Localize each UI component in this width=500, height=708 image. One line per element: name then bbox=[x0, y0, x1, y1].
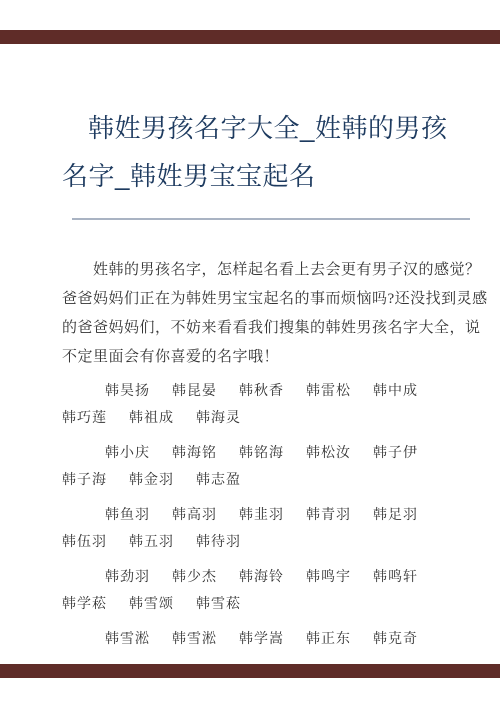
name-item: 韩少杰 bbox=[172, 570, 217, 585]
name-row: 韩学菘韩雪颂韩雪菘 bbox=[62, 591, 500, 618]
name-item: 韩鱼羽 bbox=[105, 508, 150, 523]
name-item: 韩子伊 bbox=[373, 446, 418, 461]
name-item: 韩青羽 bbox=[306, 508, 351, 523]
title-divider bbox=[72, 218, 470, 220]
name-item: 韩正东 bbox=[306, 632, 351, 647]
name-item: 韩学菘 bbox=[62, 597, 107, 612]
name-item: 韩巧莲 bbox=[62, 411, 107, 426]
name-row: 韩巧莲韩祖成韩海灵 bbox=[62, 405, 500, 432]
page-title: 韩姓男孩名字大全_姓韩的男孩 名字_韩姓男宝宝起名 bbox=[62, 104, 500, 200]
name-item: 韩足羽 bbox=[373, 508, 418, 523]
name-list: 韩昊扬韩昆晏韩秋香韩雷松韩中成韩巧莲韩祖成韩海灵韩小庆韩海铭韩铭海韩松汝韩子伊韩… bbox=[62, 378, 500, 653]
name-item: 韩克奇 bbox=[373, 632, 418, 647]
page-content: 韩姓男孩名字大全_姓韩的男孩 名字_韩姓男宝宝起名 姓韩的男孩名字，怎样起名看上… bbox=[0, 0, 500, 661]
bottom-accent-bar bbox=[0, 664, 500, 678]
intro-line: 不定里面会有你喜爱的名字哦！ bbox=[62, 343, 500, 372]
name-item: 韩海铃 bbox=[239, 570, 284, 585]
name-row: 韩伍羽韩五羽韩待羽 bbox=[62, 529, 500, 556]
name-item: 韩海铭 bbox=[172, 446, 217, 461]
name-item: 韩昊扬 bbox=[105, 384, 150, 399]
name-item: 韩松汝 bbox=[306, 446, 351, 461]
name-item: 韩五羽 bbox=[129, 535, 174, 550]
name-row: 韩雪淞韩雪淞韩学嵩韩正东韩克奇 bbox=[62, 626, 500, 653]
name-item: 韩昆晏 bbox=[172, 384, 217, 399]
name-group: 韩昊扬韩昆晏韩秋香韩雷松韩中成韩巧莲韩祖成韩海灵 bbox=[62, 378, 500, 432]
name-item: 韩海灵 bbox=[196, 411, 241, 426]
name-item: 韩中成 bbox=[373, 384, 418, 399]
name-item: 韩鸣轩 bbox=[373, 570, 418, 585]
name-group: 韩小庆韩海铭韩铭海韩松汝韩子伊韩子海韩金羽韩志盈 bbox=[62, 440, 500, 494]
name-item: 韩小庆 bbox=[105, 446, 150, 461]
name-item: 韩雪淞 bbox=[105, 632, 150, 647]
name-item: 韩劲羽 bbox=[105, 570, 150, 585]
name-item: 韩鸣宇 bbox=[306, 570, 351, 585]
name-group: 韩雪淞韩雪淞韩学嵩韩正东韩克奇 bbox=[62, 626, 500, 653]
name-row: 韩鱼羽韩高羽韩韭羽韩青羽韩足羽 bbox=[62, 502, 500, 529]
page-title-line-1: 韩姓男孩名字大全_姓韩的男孩 bbox=[62, 104, 500, 152]
name-group: 韩鱼羽韩高羽韩韭羽韩青羽韩足羽韩伍羽韩五羽韩待羽 bbox=[62, 502, 500, 556]
name-item: 韩雪淞 bbox=[172, 632, 217, 647]
name-item: 韩雪菘 bbox=[196, 597, 241, 612]
name-item: 韩志盈 bbox=[196, 473, 241, 488]
name-item: 韩韭羽 bbox=[239, 508, 284, 523]
name-group: 韩劲羽韩少杰韩海铃韩鸣宇韩鸣轩韩学菘韩雪颂韩雪菘 bbox=[62, 564, 500, 618]
intro-line: 爸爸妈妈们正在为韩姓男宝宝起名的事而烦恼吗?还没找到灵感 bbox=[62, 285, 500, 314]
name-item: 韩雪颂 bbox=[129, 597, 174, 612]
name-item: 韩祖成 bbox=[129, 411, 174, 426]
name-row: 韩劲羽韩少杰韩海铃韩鸣宇韩鸣轩 bbox=[62, 564, 500, 591]
intro-line: 姓韩的男孩名字，怎样起名看上去会更有男子汉的感觉？ bbox=[62, 256, 500, 285]
name-item: 韩高羽 bbox=[172, 508, 217, 523]
document-page: 韩姓男孩名字大全_姓韩的男孩 名字_韩姓男宝宝起名 姓韩的男孩名字，怎样起名看上… bbox=[0, 0, 500, 708]
name-item: 韩学嵩 bbox=[239, 632, 284, 647]
name-item: 韩秋香 bbox=[239, 384, 284, 399]
name-row: 韩子海韩金羽韩志盈 bbox=[62, 467, 500, 494]
name-item: 韩铭海 bbox=[239, 446, 284, 461]
intro-paragraph: 姓韩的男孩名字，怎样起名看上去会更有男子汉的感觉？ 爸爸妈妈们正在为韩姓男宝宝起… bbox=[62, 256, 500, 372]
name-item: 韩伍羽 bbox=[62, 535, 107, 550]
page-title-line-2: 名字_韩姓男宝宝起名 bbox=[62, 152, 500, 200]
name-item: 韩待羽 bbox=[196, 535, 241, 550]
name-item: 韩金羽 bbox=[129, 473, 174, 488]
name-row: 韩昊扬韩昆晏韩秋香韩雷松韩中成 bbox=[62, 378, 500, 405]
name-item: 韩子海 bbox=[62, 473, 107, 488]
intro-line: 的爸爸妈妈们，不妨来看看我们搜集的韩姓男孩名字大全，说 bbox=[62, 314, 500, 343]
name-item: 韩雷松 bbox=[306, 384, 351, 399]
name-row: 韩小庆韩海铭韩铭海韩松汝韩子伊 bbox=[62, 440, 500, 467]
